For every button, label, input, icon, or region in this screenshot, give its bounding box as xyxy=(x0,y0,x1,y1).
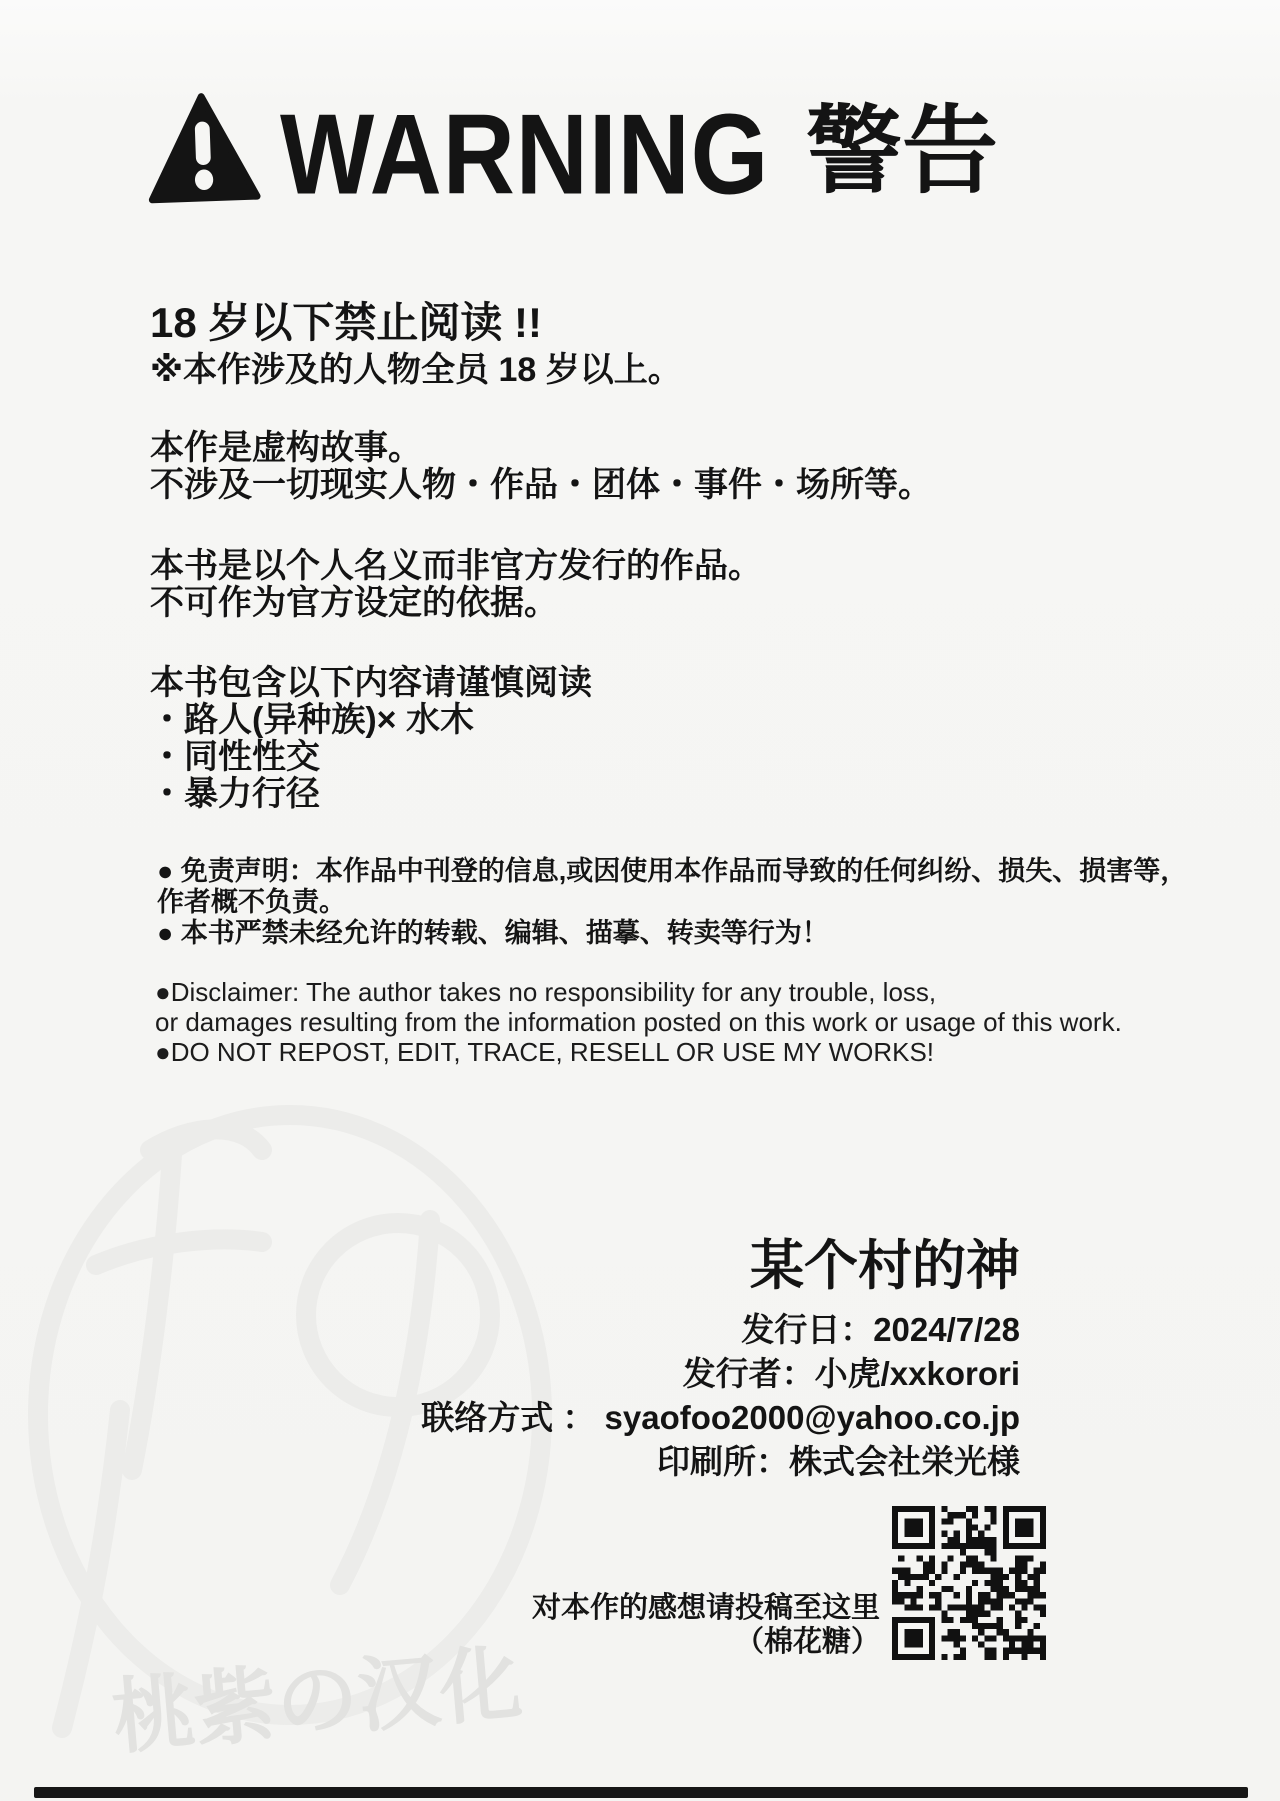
colophon: 某个村的神 发行日：2024/7/28 发行者：小虎/xxkorori 联络方式… xyxy=(421,1238,1020,1484)
feedback-note-line1: 对本作的感想请投稿至这里 xyxy=(532,1591,880,1625)
content-warning-heading: 本书包含以下内容请谨慎阅读 xyxy=(150,665,592,702)
age-restriction-note: ※本作涉及的人物全员 18 岁以上。 xyxy=(150,350,682,390)
disclaimer-en: ●Disclaimer: The author takes no respons… xyxy=(155,977,1122,1067)
disclaimer-zh-line3: ● 本书严禁未经允许的转载、编辑、描摹、转卖等行为！ xyxy=(157,918,1187,949)
work-title: 某个村的神 xyxy=(421,1238,1020,1294)
unofficial-notice-line1: 本书是以个人名义而非官方发行的作品。 xyxy=(150,548,762,585)
fiction-notice-line2: 不涉及一切现实人物・作品・团体・事件・场所等。 xyxy=(150,467,932,504)
fiction-notice-line1: 本作是虚构故事。 xyxy=(150,430,932,467)
content-warning-item: ・同性性交 xyxy=(150,739,592,776)
content-warning-list: 本书包含以下内容请谨慎阅读 ・路人(异种族)× 水木 ・同性性交 ・暴力行径 xyxy=(150,665,592,813)
disclaimer-zh: ● 免责声明：本作品中刊登的信息,或因使用本作品而导致的任何纠纷、损失、损害等，… xyxy=(157,856,1187,949)
feedback-note-line2: （棉花糖） xyxy=(532,1625,880,1659)
unofficial-notice: 本书是以个人名义而非官方发行的作品。 不可作为官方设定的依据。 xyxy=(150,548,762,622)
unofficial-notice-line2: 不可作为官方设定的依据。 xyxy=(150,585,762,622)
warning-title-zh: 警告 xyxy=(806,104,998,200)
warning-triangle-icon xyxy=(144,88,262,210)
age-restriction-headline: 18 岁以下禁止阅读 !! xyxy=(150,298,682,348)
publisher: 发行者：小虎/xxkorori xyxy=(421,1352,1020,1396)
release-date: 发行日：2024/7/28 xyxy=(421,1308,1020,1352)
page: 桃紫の汉化 WARNING 警告 18 岁以下禁止阅读 !! ※本作涉及的人物全… xyxy=(0,0,1280,1801)
contact-email: 联络方式 ： syaofoo2000@yahoo.co.jp xyxy=(421,1396,1020,1440)
age-restriction-block: 18 岁以下禁止阅读 !! ※本作涉及的人物全员 18 岁以上。 xyxy=(150,298,682,390)
content-warning-item: ・暴力行径 xyxy=(150,776,592,813)
watermark-text: 桃紫の汉化 xyxy=(109,1638,525,1764)
qr-code-modules xyxy=(892,1506,1046,1660)
disclaimer-en-line1: ●Disclaimer: The author takes no respons… xyxy=(155,977,1122,1007)
printer: 印刷所：株式会社栄光様 xyxy=(421,1440,1020,1484)
content-warning-item: ・路人(异种族)× 水木 xyxy=(150,702,592,739)
disclaimer-zh-line2: 作者概不负责。 xyxy=(157,887,1187,918)
disclaimer-en-line3: ●DO NOT REPOST, EDIT, TRACE, RESELL OR U… xyxy=(155,1037,1122,1067)
disclaimer-en-line2: or damages resulting from the informatio… xyxy=(155,1007,1122,1037)
disclaimer-zh-line1: ● 免责声明：本作品中刊登的信息,或因使用本作品而导致的任何纠纷、损失、损害等， xyxy=(157,856,1187,887)
fiction-notice: 本作是虚构故事。 不涉及一切现实人物・作品・团体・事件・场所等。 xyxy=(150,430,932,504)
qr-code xyxy=(892,1506,1046,1660)
warning-title-en: WARNING xyxy=(280,98,769,212)
feedback-note: 对本作的感想请投稿至这里 （棉花糖） xyxy=(532,1591,880,1659)
scan-edge-bottom xyxy=(34,1787,1248,1798)
